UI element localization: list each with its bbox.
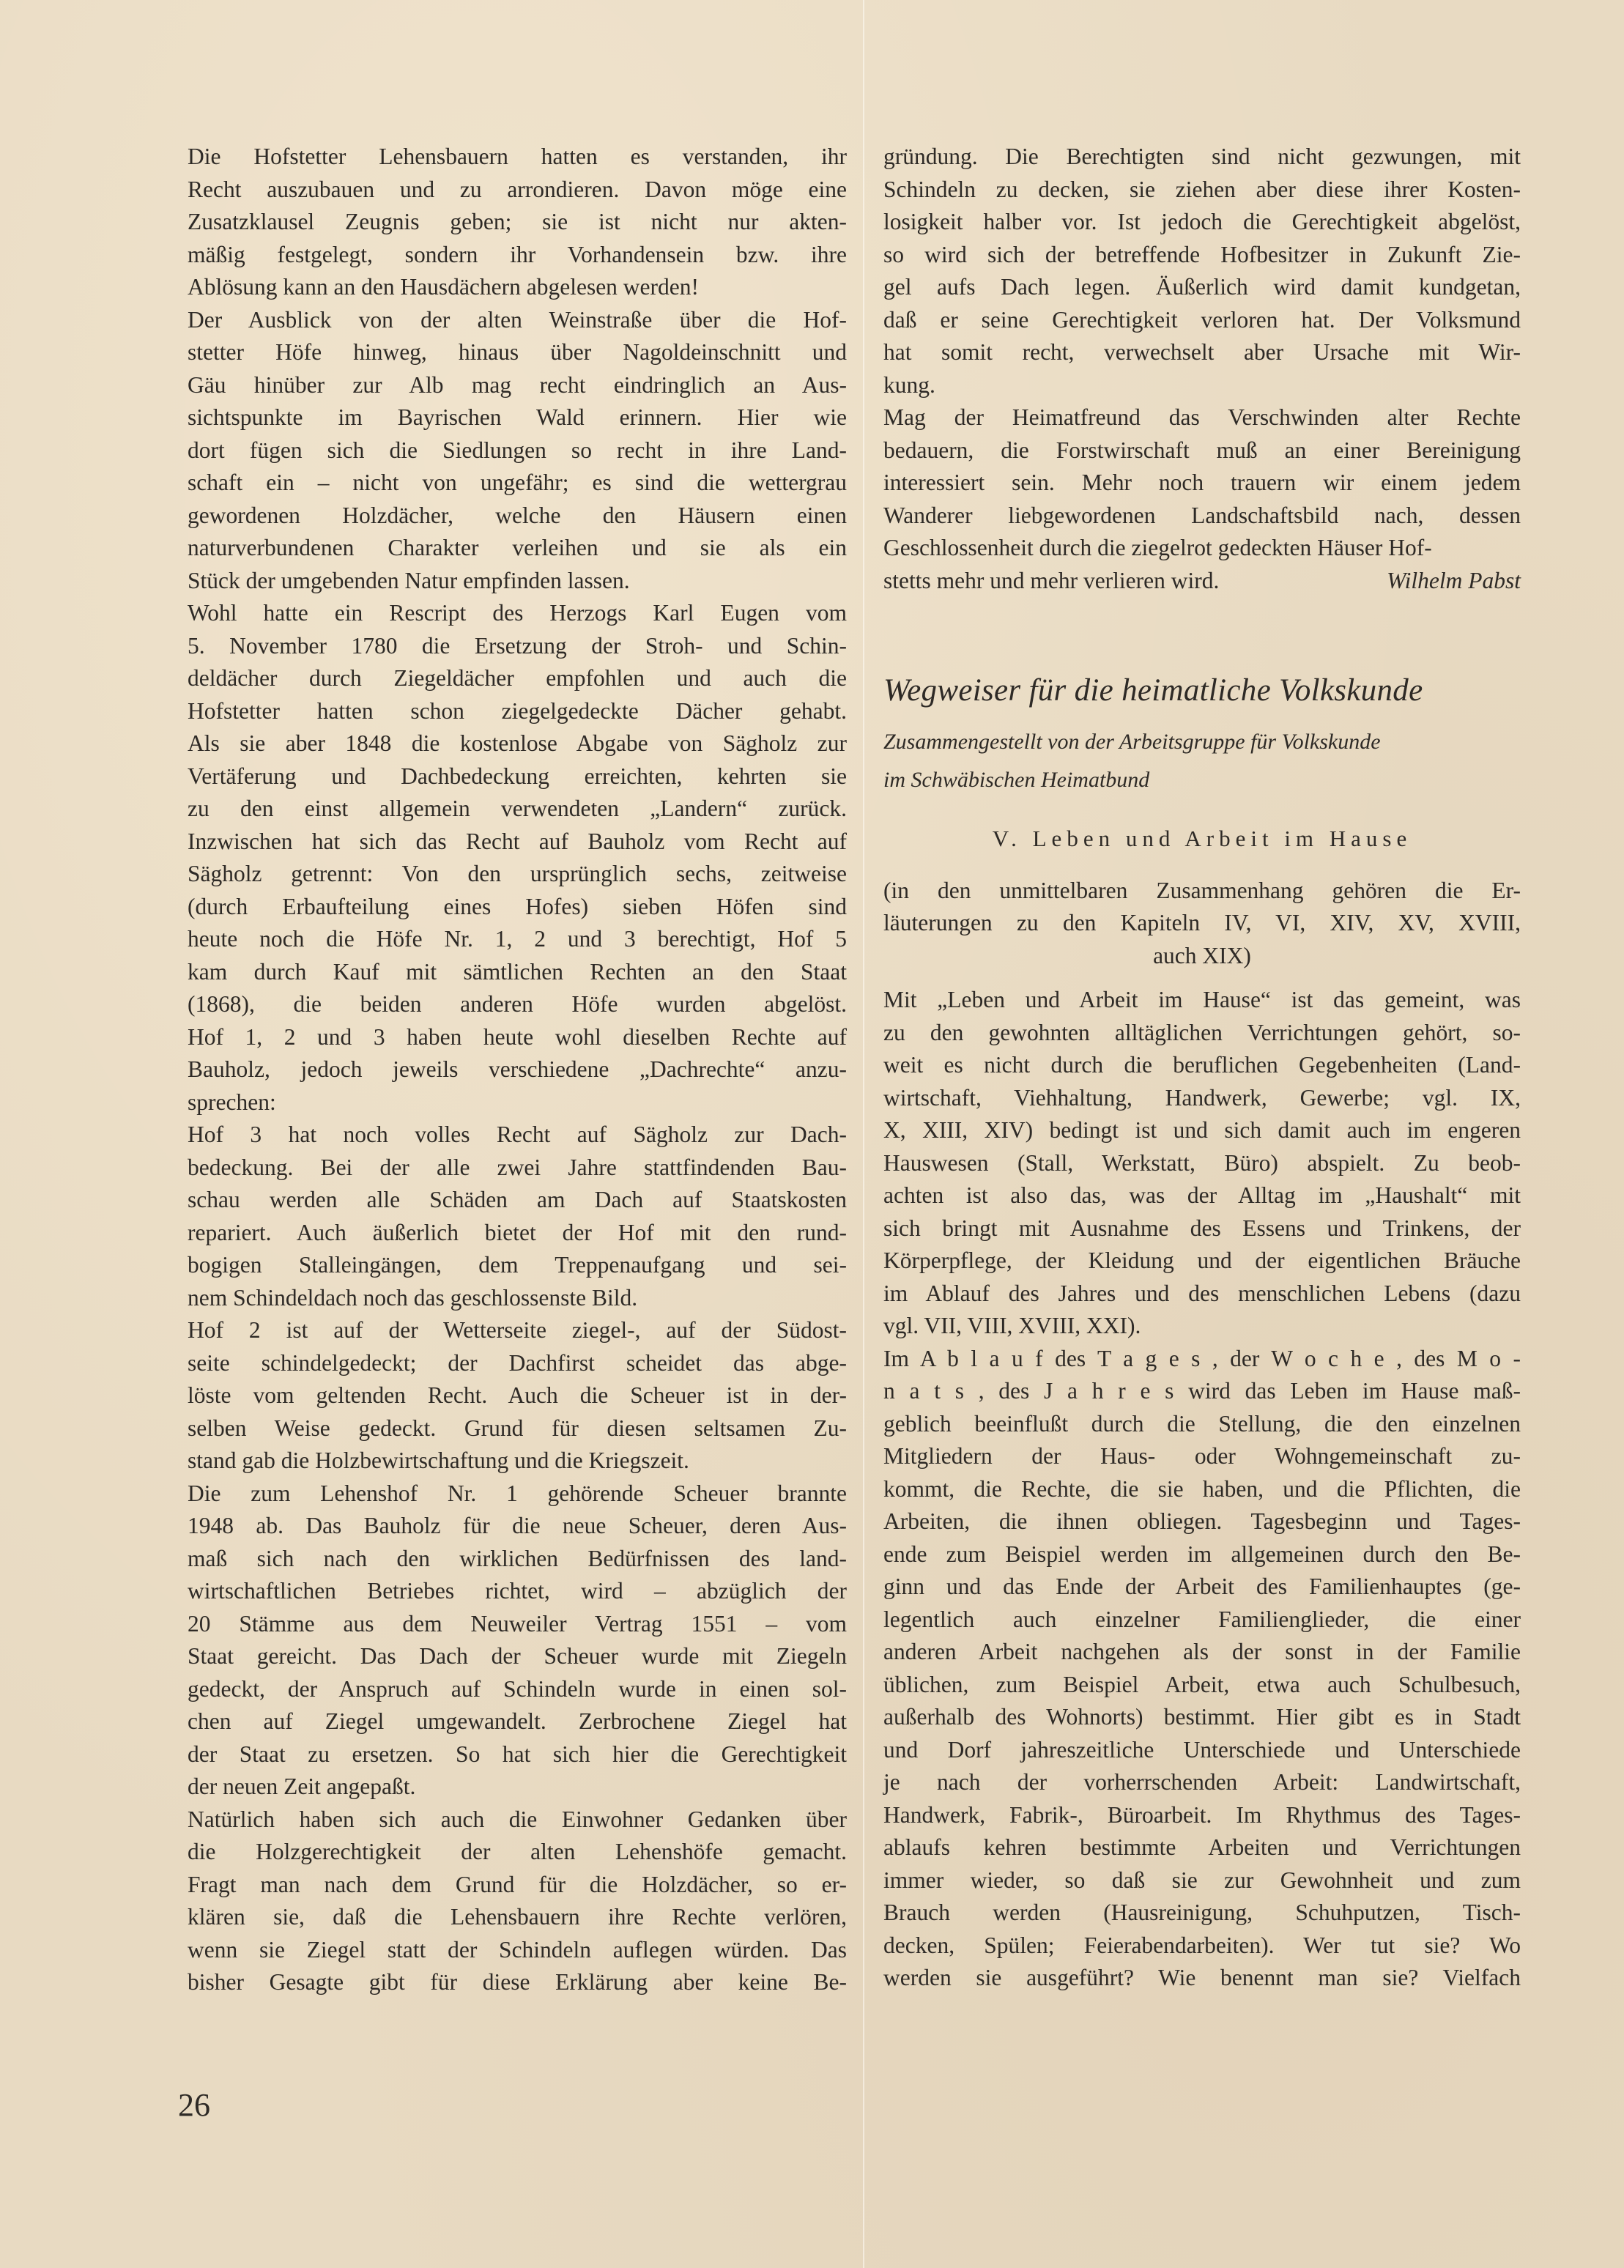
text-line: ende zum Beispiel werden im allgemeinen … [883, 1538, 1521, 1571]
text-line: nem Schindeldach noch das geschlossenste… [188, 1282, 847, 1315]
text-line: so wird sich der betreffende Hofbesitzer… [883, 239, 1521, 272]
paragraph: gründung. Die Berechtigten sind nicht ge… [883, 141, 1521, 401]
text-line: Arbeiten, die ihnen obliegen. Tagesbegin… [883, 1505, 1521, 1538]
page-fold-line [863, 0, 864, 2268]
text-line: dort fügen sich die Siedlungen so recht … [188, 434, 847, 467]
text-line: legentlich auch einzelner Familiengliede… [883, 1604, 1521, 1637]
text-line: Zusatzklausel Zeugnis geben; sie ist nic… [188, 206, 847, 239]
text-line: decken, Spülen; Feierabendarbeiten). Wer… [883, 1930, 1521, 1963]
text-line: der Staat zu ersetzen. So hat sich hier … [188, 1738, 847, 1771]
chapter-heading: V. Leben und Arbeit im Hause [883, 823, 1521, 856]
paragraph: Mit „Leben und Arbeit im Hause“ ist das … [883, 984, 1521, 1343]
text-line: gewordenen Holzdächer, welche den Häuser… [188, 500, 847, 533]
section-subtitle: Zusammengestellt von der Arbeitsgruppe f… [883, 723, 1521, 799]
text-line: Die Hofstetter Lehensbauern hatten es ve… [188, 141, 847, 174]
paragraph: Hof 3 hat noch volles Recht auf Sägholz … [188, 1119, 847, 1314]
text-line: löste vom geltenden Recht. Auch die Sche… [188, 1379, 847, 1412]
text-line: naturverbundenen Charakter verleihen und… [188, 532, 847, 565]
text-line: kung. [883, 369, 1521, 402]
text-line: heute noch die Höfe Nr. 1, 2 und 3 berec… [188, 923, 847, 956]
text-line: ablaufs kehren bestimmte Arbeiten und Ve… [883, 1831, 1521, 1864]
text-line: sichtspunkte im Bayrischen Wald erinnern… [188, 401, 847, 434]
text-line: losigkeit halber vor. Ist jedoch die Ger… [883, 206, 1521, 239]
paragraph: Der Ausblick von der alten Weinstraße üb… [188, 304, 847, 598]
text-line: X, XIII, XIV) bedingt ist und sich damit… [883, 1114, 1521, 1147]
text-line: kam durch Kauf mit sämtlichen Rechten an… [188, 956, 847, 989]
text-line: gel aufs Dach legen. Äußerlich wird dami… [883, 271, 1521, 304]
text-line: ginn und das Ende der Arbeit des Familie… [883, 1571, 1521, 1604]
text-line: Natürlich haben sich auch die Einwohner … [188, 1804, 847, 1837]
text-line: interessiert sein. Mehr noch trauern wir… [883, 467, 1521, 500]
text-line: chen auf Ziegel umgewandelt. Zerbrochene… [188, 1705, 847, 1738]
text-line: Wohl hatte ein Rescript des Herzogs Karl… [188, 597, 847, 630]
text-line: Körperpflege, der Kleidung und der eigen… [883, 1245, 1521, 1278]
text-line: achten ist also das, was der Alltag im „… [883, 1179, 1521, 1212]
text-line: Staat gereicht. Das Dach der Scheuer wur… [188, 1640, 847, 1673]
text-line: Hofstetter hatten schon ziegelgedeckte D… [188, 695, 847, 728]
text-line: Als sie aber 1848 die kostenlose Abgabe … [188, 727, 847, 760]
text-line: Inzwischen hat sich das Recht auf Bauhol… [188, 826, 847, 859]
subtitle-line: Zusammengestellt von der Arbeitsgruppe f… [883, 723, 1521, 761]
text-line: weit es nicht durch die beruflichen Gege… [883, 1049, 1521, 1082]
text-line: 1948 ab. Das Bauholz für die neue Scheue… [188, 1510, 847, 1543]
text-line: bogigen Stalleingängen, dem Treppenaufga… [188, 1249, 847, 1282]
text-line: geblich beeinflußt durch die Stellung, d… [883, 1408, 1521, 1441]
text-line: kommt, die Rechte, die sie haben, und di… [883, 1473, 1521, 1506]
paragraph: Die zum Lehenshof Nr. 1 gehörende Scheue… [188, 1478, 847, 1804]
text-line: 20 Stämme aus dem Neuweiler Vertrag 1551… [188, 1608, 847, 1641]
article-closing-line: stetts mehr und mehr verlieren wird. Wil… [883, 565, 1521, 598]
page-number: 26 [178, 2086, 210, 2124]
text-line: repariert. Auch äußerlich bietet der Hof… [188, 1217, 847, 1250]
text-line: Die zum Lehenshof Nr. 1 gehörende Scheue… [188, 1478, 847, 1511]
text-line: gründung. Die Berechtigten sind nicht ge… [883, 141, 1521, 174]
text-line: zu den gewohnten alltäglichen Verrichtun… [883, 1017, 1521, 1050]
text-line: wirtschaft, Viehhaltung, Handwerk, Gewer… [883, 1082, 1521, 1115]
text-line: Hof 1, 2 und 3 haben heute wohl dieselbe… [188, 1021, 847, 1054]
text-line: wenn sie Ziegel statt der Schindeln aufl… [188, 1934, 847, 1967]
closing-text: stetts mehr und mehr verlieren wird. [883, 565, 1219, 598]
text-line: Mag der Heimatfreund das Verschwinden al… [883, 401, 1521, 434]
text-line: seite schindelgedeckt; der Dachfirst sch… [188, 1347, 847, 1380]
text-line: Im A b l a u f des T a g e s , der W o c… [883, 1343, 1521, 1376]
text-line: vgl. VII, VIII, XVIII, XXI). [883, 1310, 1521, 1343]
text-line: Hof 2 ist auf der Wetterseite ziegel-, a… [188, 1314, 847, 1347]
text-line: (1868), die beiden anderen Höfe wurden a… [188, 988, 847, 1021]
author-signature: Wilhelm Pabst [1387, 565, 1521, 598]
text-line: stetter Höfe hinweg, hinaus über Nagolde… [188, 336, 847, 369]
text-line: 5. November 1780 die Ersetzung der Stroh… [188, 630, 847, 663]
text-line: Mit „Leben und Arbeit im Hause“ ist das … [883, 984, 1521, 1017]
text-line: Schindeln zu decken, sie ziehen aber die… [883, 174, 1521, 207]
text-line: Stück der umgebenden Natur empfinden las… [188, 565, 847, 598]
text-line: Recht auszubauen und zu arrondieren. Dav… [188, 174, 847, 207]
text-line: Ablösung kann an den Hausdächern abgeles… [188, 271, 847, 304]
text-line: maß sich nach den wirklichen Bedürfnisse… [188, 1543, 847, 1576]
section-title: Wegweiser für die heimatliche Volkskunde [883, 672, 1521, 710]
text-line: der neuen Zeit angepaßt. [188, 1771, 847, 1804]
paragraph: Hof 2 ist auf der Wetterseite ziegel-, a… [188, 1314, 847, 1478]
text-line: Sägholz getrennt: Von den ursprünglich s… [188, 858, 847, 891]
text-line: n a t s , des J a h r e s wird das Leben… [883, 1375, 1521, 1408]
text-line: selben Weise gedeckt. Grund für diesen s… [188, 1412, 847, 1445]
chapter-note: (in den unmittelbaren Zusammenhang gehör… [883, 875, 1521, 973]
text-line: Gäu hinüber zur Alb mag recht eindringli… [188, 369, 847, 402]
text-line: wirtschaftlichen Betriebes richtet, wird… [188, 1575, 847, 1608]
text-line: Handwerk, Fabrik-, Büroarbeit. Im Rhythm… [883, 1799, 1521, 1832]
text-line: daß er seine Gerechtigkeit verloren hat.… [883, 304, 1521, 337]
text-line: Brauch werden (Hausreinigung, Schuhputze… [883, 1897, 1521, 1930]
text-line: hat somit recht, verwechselt aber Ursach… [883, 336, 1521, 369]
note-line: läuterungen zu den Kapiteln IV, VI, XIV,… [883, 907, 1521, 940]
text-line: Der Ausblick von der alten Weinstraße üb… [188, 304, 847, 337]
note-line: (in den unmittelbaren Zusammenhang gehör… [883, 875, 1521, 908]
paragraph: Im A b l a u f des T a g e s , der W o c… [883, 1343, 1521, 1995]
text-line: klären sie, daß die Lehensbauern ihre Re… [188, 1901, 847, 1934]
paragraph: Mag der Heimatfreund das Verschwinden al… [883, 401, 1521, 565]
text-line: schau werden alle Schäden am Dach auf St… [188, 1184, 847, 1217]
paragraph: Wohl hatte ein Rescript des Herzogs Karl… [188, 597, 847, 1119]
paragraph: Die Hofstetter Lehensbauern hatten es ve… [188, 141, 847, 304]
text-line: sich bringt mit Ausnahme des Essens und … [883, 1212, 1521, 1245]
text-line: Wanderer liebgewordenen Landschaftsbild … [883, 500, 1521, 533]
text-line: gedeckt, der Anspruch auf Schindeln wurd… [188, 1673, 847, 1706]
text-line: bedeckung. Bei der alle zwei Jahre statt… [188, 1152, 847, 1185]
text-line: (durch Erbaufteilung eines Hofes) sieben… [188, 891, 847, 924]
left-column: Die Hofstetter Lehensbauern hatten es ve… [188, 141, 847, 1999]
text-line: schaft ein – nicht von ungefähr; es sind… [188, 467, 847, 500]
text-line: üblichen, zum Beispiel Arbeit, etwa auch… [883, 1669, 1521, 1702]
text-line: bedauern, die Forstwirschaft muß an eine… [883, 434, 1521, 467]
text-line: Mitgliedern der Haus- oder Wohngemeinsch… [883, 1440, 1521, 1473]
text-line: anderen Arbeit nachgehen als der sonst i… [883, 1636, 1521, 1669]
text-line: werden sie ausgeführt? Wie benennt man s… [883, 1962, 1521, 1995]
paragraph: Natürlich haben sich auch die Einwohner … [188, 1804, 847, 1999]
text-line: außerhalb des Wohnorts) bestimmt. Hier g… [883, 1701, 1521, 1734]
text-line: Geschlossenheit durch die ziegelrot gede… [883, 532, 1521, 565]
text-line: je nach der vorherrschenden Arbeit: Land… [883, 1766, 1521, 1799]
text-line: Bauholz, jedoch jeweils verschiedene „Da… [188, 1053, 847, 1086]
text-line: sprechen: [188, 1086, 847, 1119]
text-line: stand gab die Holzbewirtschaftung und di… [188, 1445, 847, 1478]
text-line: im Ablauf des Jahres und des menschliche… [883, 1278, 1521, 1311]
text-line: deldächer durch Ziegeldächer empfohlen u… [188, 662, 847, 695]
text-line: immer wieder, so daß sie zur Gewohnheit … [883, 1864, 1521, 1897]
text-line: Hauswesen (Stall, Werkstatt, Büro) abspi… [883, 1147, 1521, 1180]
right-column: gründung. Die Berechtigten sind nicht ge… [883, 141, 1521, 1995]
note-line: auch XIX) [883, 940, 1521, 973]
text-line: Fragt man nach dem Grund für die Holzdäc… [188, 1869, 847, 1902]
text-line: zu den einst allgemein verwendeten „Land… [188, 793, 847, 826]
text-line: mäßig festgelegt, sondern ihr Vorhandens… [188, 239, 847, 272]
text-line: und Dorf jahreszeitliche Unterschiede un… [883, 1734, 1521, 1767]
text-line: die Holzgerechtigkeit der alten Lehenshö… [188, 1836, 847, 1869]
text-line: Hof 3 hat noch volles Recht auf Sägholz … [188, 1119, 847, 1152]
subtitle-line: im Schwäbischen Heimatbund [883, 761, 1521, 799]
text-line: bisher Gesagte gibt für diese Erklärung … [188, 1966, 847, 1999]
text-line: Vertäferung und Dachbedeckung erreichten… [188, 760, 847, 793]
